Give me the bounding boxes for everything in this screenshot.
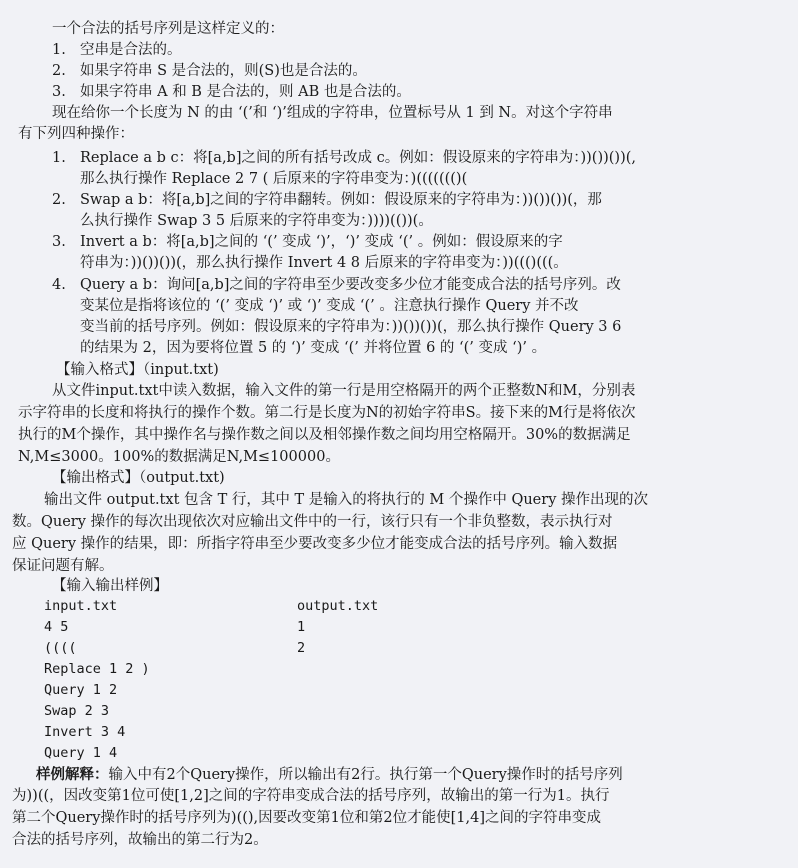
operation-swap-line: 么执行操作 Swap 3 5 后原来的字符串变为：))))(())(。 <box>80 211 690 232</box>
operation-query-line: Query a b：询问[a,b]之间的字符串至少要改变多少位才能变成合法的括号… <box>80 275 690 296</box>
explanation-line: 第二个Query操作时的括号序列为)((),因要改变第1位和第2位才能使[1,4… <box>12 808 688 829</box>
output-format-heading: 【输出格式】（output.txt) <box>52 468 225 489</box>
rule-item: 1.空串是合法的。 <box>52 40 182 61</box>
input-format-line: 从文件input.txt中读入数据，输入文件的第一行是用空格隔开的两个正整数N和… <box>52 381 688 402</box>
output-format-line: 保证问题有解。 <box>12 556 114 577</box>
sample-input-line: Query 1 2 <box>44 680 117 701</box>
problem-document: 一个合法的括号序列是这样定义的： 1.空串是合法的。 2.如果字符串 S 是合法… <box>0 0 798 868</box>
input-format-line: N,M≤3000。100%的数据满足N,M≤100000。 <box>18 447 340 468</box>
operation-number: 2. <box>52 190 66 211</box>
rule-number: 1. <box>52 40 80 61</box>
output-format-line: 数。Query 操作的每次出现依次对应输出文件中的一行，该行只有一个非负整数，表… <box>12 512 688 533</box>
input-format-heading: 【输入格式】（input.txt) <box>56 360 219 381</box>
sample-input-line: 4 5 <box>44 617 68 638</box>
explanation-text: 输入中有2个Query操作，所以输出有2行。执行第一个Query操作时的括号序列 <box>109 767 623 783</box>
explanation-line: 合法的括号序列，故输出的第二行为2。 <box>12 830 268 851</box>
explanation-line: 样例解释：输入中有2个Query操作，所以输出有2行。执行第一个Query操作时… <box>36 764 688 785</box>
rule-text: 如果字符串 A 和 B 是合法的，则 AB 也是合法的。 <box>80 84 411 100</box>
definition-intro: 一个合法的括号序列是这样定义的： <box>52 19 284 40</box>
explanation-line: 为))((，因改变第1位可使[1,2]之间的字符串变成合法的括号序列，故输出的第… <box>12 786 688 807</box>
given-text-cont: 有下列四种操作： <box>18 124 134 145</box>
sample-heading: 【输入输出样例】 <box>52 576 168 597</box>
operation-number: 3. <box>52 232 66 253</box>
operation-query-line: 的结果为 2，因为要将位置 5 的 ‘)’ 变成 ‘(’ 并将位置 6 的 ‘(… <box>80 338 690 359</box>
operation-number: 4. <box>52 275 66 296</box>
sample-input-line: (((( <box>44 638 77 659</box>
rule-item: 3.如果字符串 A 和 B 是合法的，则 AB 也是合法的。 <box>52 82 411 103</box>
operation-replace-line: Replace a b c：将[a,b]之间的所有括号改成 c。例如：假设原来的… <box>80 148 690 169</box>
sample-output-line: 2 <box>297 638 305 659</box>
sample-input-line: Invert 3 4 <box>44 722 125 743</box>
output-format-line: 应 Query 操作的结果，即：所指字符串至少要改变多少位才能变成合法的括号序列… <box>12 534 688 555</box>
sample-input-line: Swap 2 3 <box>44 701 109 722</box>
operation-query-line: 变某位是指将该位的 ‘(’ 变成 ‘)’ 或 ‘)’ 变成 ‘(’ 。注意执行操… <box>80 296 690 317</box>
rule-number: 2. <box>52 61 80 82</box>
input-format-line: 示字符串的长度和将执行的操作个数。第二行是长度为N的初始字符串S。接下来的M行是… <box>18 403 688 424</box>
sample-input-line: Query 1 4 <box>44 743 117 764</box>
rule-number: 3. <box>52 82 80 103</box>
operation-invert-line: 符串为：))())())(，那么执行操作 Invert 4 8 后原来的字符串变… <box>80 253 690 274</box>
operation-replace-line: 那么执行操作 Replace 2 7 ( 后原来的字符串变为：)((((((()… <box>80 169 690 190</box>
explanation-label: 样例解释： <box>36 766 109 783</box>
sample-input-line: Replace 1 2 ) <box>44 659 150 680</box>
operation-swap-line: Swap a b：将[a,b]之间的字符串翻转。例如：假设原来的字符串为：))(… <box>80 190 690 211</box>
input-format-line: 执行的M个操作，其中操作名与操作数之间以及相邻操作数之间均用空格隔开。30%的数… <box>18 425 688 446</box>
sample-output-label: output.txt <box>297 596 378 617</box>
sample-input-label: input.txt <box>44 596 117 617</box>
operation-invert-line: Invert a b：将[a,b]之间的 ‘(’ 变成 ‘)’，‘)’ 变成 ‘… <box>80 232 690 253</box>
output-format-line: 输出文件 output.txt 包含 T 行，其中 T 是输入的将执行的 M 个… <box>44 490 688 511</box>
given-text: 现在给你一个长度为 N 的由 ‘(’和 ‘)’组成的字符串，位置标号从 1 到 … <box>52 103 688 124</box>
rule-item: 2.如果字符串 S 是合法的，则(S)也是合法的。 <box>52 61 367 82</box>
rule-text: 空串是合法的。 <box>80 42 182 58</box>
operation-number: 1. <box>52 148 66 169</box>
sample-output-line: 1 <box>297 617 305 638</box>
rule-text: 如果字符串 S 是合法的，则(S)也是合法的。 <box>80 63 367 79</box>
operation-query-line: 变当前的括号序列。例如：假设原来的字符串为：))())())(，那么执行操作 Q… <box>80 317 690 338</box>
